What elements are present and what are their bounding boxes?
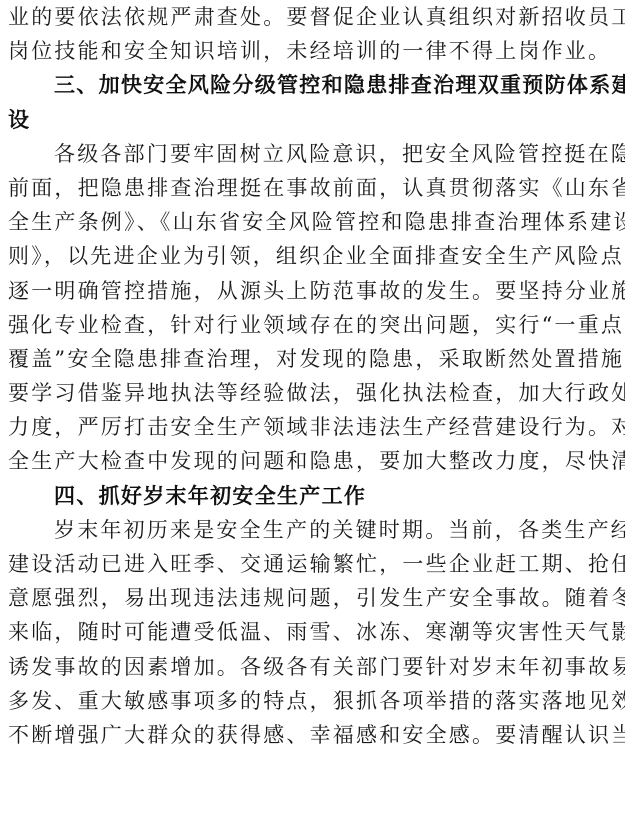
body-line: 强化专业检查，针对行业领域存在的突出问题，实行“一重点全 — [8, 308, 592, 342]
body-line: 则》，以先进企业为引领，组织企业全面排查安全生产风险点， — [8, 239, 592, 273]
body-line: 力度，严厉打击安全生产领域非法违法生产经营建设行为。对安 — [8, 410, 592, 444]
body-line: 全生产大检查中发现的问题和隐患，要加大整改力度，尽快清零。 — [8, 444, 592, 478]
body-line: 覆盖”安全隐患排查治理，对发现的隐患，采取断然处置措施。 — [8, 342, 592, 376]
body-line: 建设活动已进入旺季、交通运输繁忙，一些企业赶工期、抢任务 — [8, 547, 592, 581]
section-heading-3: 三、加快安全风险分级管控和隐患排查治理双重预防体系建 — [8, 68, 592, 102]
body-line: 不断增强广大群众的获得感、幸福感和安全感。要清醒认识当前 — [8, 718, 592, 752]
body-line: 来临，随时可能遭受低温、雨雪、冰冻、寒潮等灾害性天气影响， — [8, 615, 592, 649]
body-line: 多发、重大敏感事项多的特点，狠抓各项举措的落实落地见效， — [8, 684, 592, 718]
section-heading-4: 四、抓好岁末年初安全生产工作 — [8, 479, 598, 513]
body-line: 岗位技能和安全知识培训，未经培训的一律不得上岗作业。 — [8, 34, 598, 68]
body-line: 岁末年初历来是安全生产的关键时期。当前，各类生产经营 — [8, 513, 592, 547]
document-page: 业的要依法依规严肃查处。要督促企业认真组织对新招收员工的 岗位技能和安全知识培训… — [8, 0, 598, 752]
body-line: 前面，把隐患排查治理挺在事故前面，认真贯彻落实《山东省安 — [8, 171, 592, 205]
body-line: 各级各部门要牢固树立风险意识，把安全风险管控挺在隐患 — [8, 137, 592, 171]
body-line: 意愿强烈，易出现违法违规问题，引发生产安全事故。随着冬季 — [8, 581, 592, 615]
body-line: 全生产条例》、《山东省安全风险管控和隐患排查治理体系建设通 — [8, 205, 592, 239]
section-heading-3-continued: 设 — [8, 103, 598, 137]
body-line: 逐一明确管控措施，从源头上防范事故的发生。要坚持分业施策， — [8, 274, 592, 308]
body-line: 诱发事故的因素增加。各级各有关部门要针对岁末年初事故易发 — [8, 650, 592, 684]
body-line: 业的要依法依规严肃查处。要督促企业认真组织对新招收员工的 — [8, 0, 592, 34]
body-line: 要学习借鉴异地执法等经验做法，强化执法检查，加大行政处罚 — [8, 376, 592, 410]
